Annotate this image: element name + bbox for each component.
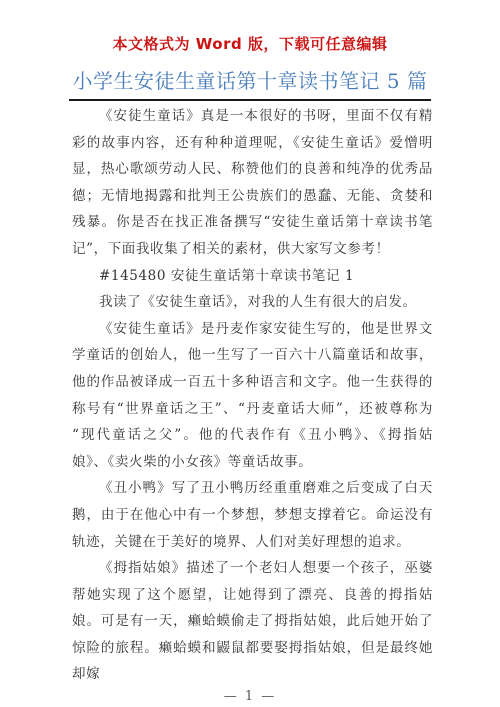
paragraph-opening: 我读了《安徒生童话》，对我的人生有很大的启发。 (72, 289, 433, 316)
paragraph-author-intro: 《安徒生童话》是丹麦作家安徒生写的，他是世界文学童话的创始人，他一生写了一百六十… (72, 316, 433, 476)
paragraph-intro: 《安徒生童话》真是一本很好的书呀，里面不仅有精彩的故事内容，还有种种道理呢，《安… (72, 103, 433, 263)
page-number: — 1 — (0, 689, 500, 704)
document-page: 本文格式为 Word 版，下载可任意编辑 小学生安徒生童话第十章读书笔记 5 篇… (0, 0, 500, 707)
title-divider (69, 99, 431, 101)
paragraph-thumbelina: 《拇指姑娘》描述了一个老妇人想要一个孩子，巫婆帮她实现了这个愿望，让她得到了漂亮… (72, 555, 433, 688)
edit-notice: 本文格式为 Word 版，下载可任意编辑 (0, 33, 500, 54)
document-body: 《安徒生童话》真是一本很好的书呀，里面不仅有精彩的故事内容，还有种种道理呢，《安… (72, 103, 433, 688)
page-title: 小学生安徒生童话第十章读书笔记 5 篇 (0, 65, 500, 94)
paragraph-ugly-duckling: 《丑小鸭》写了丑小鸭历经重重磨难之后变成了白天鹅，由于在他心中有一个梦想，梦想支… (72, 475, 433, 555)
section-heading: #145480 安徒生童话第十章读书笔记 1 (72, 263, 433, 290)
